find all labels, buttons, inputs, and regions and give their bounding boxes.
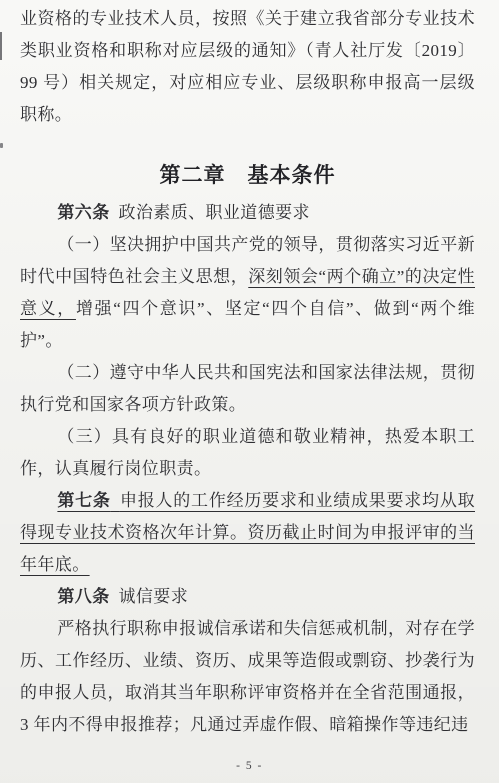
scan-artifact-dot — [0, 143, 3, 148]
intro-paragraph: 业资格的专业技术人员，按照《关于建立我省部分专业技术类职业资格和职称对应层级的通… — [20, 3, 475, 131]
article7-paragraph: 第七条申报人的工作经历要求和业绩成果要求均从取得现专业技术资格次年计算。资历截止… — [20, 485, 475, 581]
article8-title: 诚信要求 — [119, 587, 189, 606]
document-page: 业资格的专业技术人员，按照《关于建立我省部分专业技术类职业资格和职称对应层级的通… — [0, 0, 499, 783]
article6-item1-rest-text: 增强“四个意识”、坚定“四个自信”、做到“两个维护”。 — [20, 299, 475, 350]
article6-item1: （一）坚决拥护中国共产党的领导，贯彻落实习近平新时代中国特色社会主义思想，深刻领… — [20, 229, 475, 357]
chapter-heading: 第二章 基本条件 — [20, 161, 475, 189]
article7-number: 第七条 — [57, 491, 119, 510]
article6-title: 政治素质、职业道德要求 — [119, 203, 310, 222]
page-number: - 5 - — [0, 760, 499, 772]
article8-number: 第八条 — [57, 587, 118, 606]
article8-body: 严格执行职称申报诚信承诺和失信惩戒机制，对存在学历、工作经历、业绩、资历、成果等… — [20, 613, 475, 741]
article6-item3: （三）具有良好的职业道德和敬业精神，热爱本职工作，认真履行岗位职责。 — [20, 421, 475, 485]
article7-underlined-wrap: 第七条申报人的工作经历要求和业绩成果要求均从取得现专业技术资格次年计算。资历截止… — [20, 491, 475, 574]
article6-heading-line: 第六条政治素质、职业道德要求 — [20, 197, 475, 229]
article8-heading-line: 第八条诚信要求 — [20, 581, 475, 613]
article6-item2: （二）遵守中华人民共和国宪法和国家法律法规，贯彻执行党和国家各项方针政策。 — [20, 357, 475, 421]
article6-number: 第六条 — [57, 203, 118, 222]
scan-artifact-bar — [0, 32, 2, 60]
